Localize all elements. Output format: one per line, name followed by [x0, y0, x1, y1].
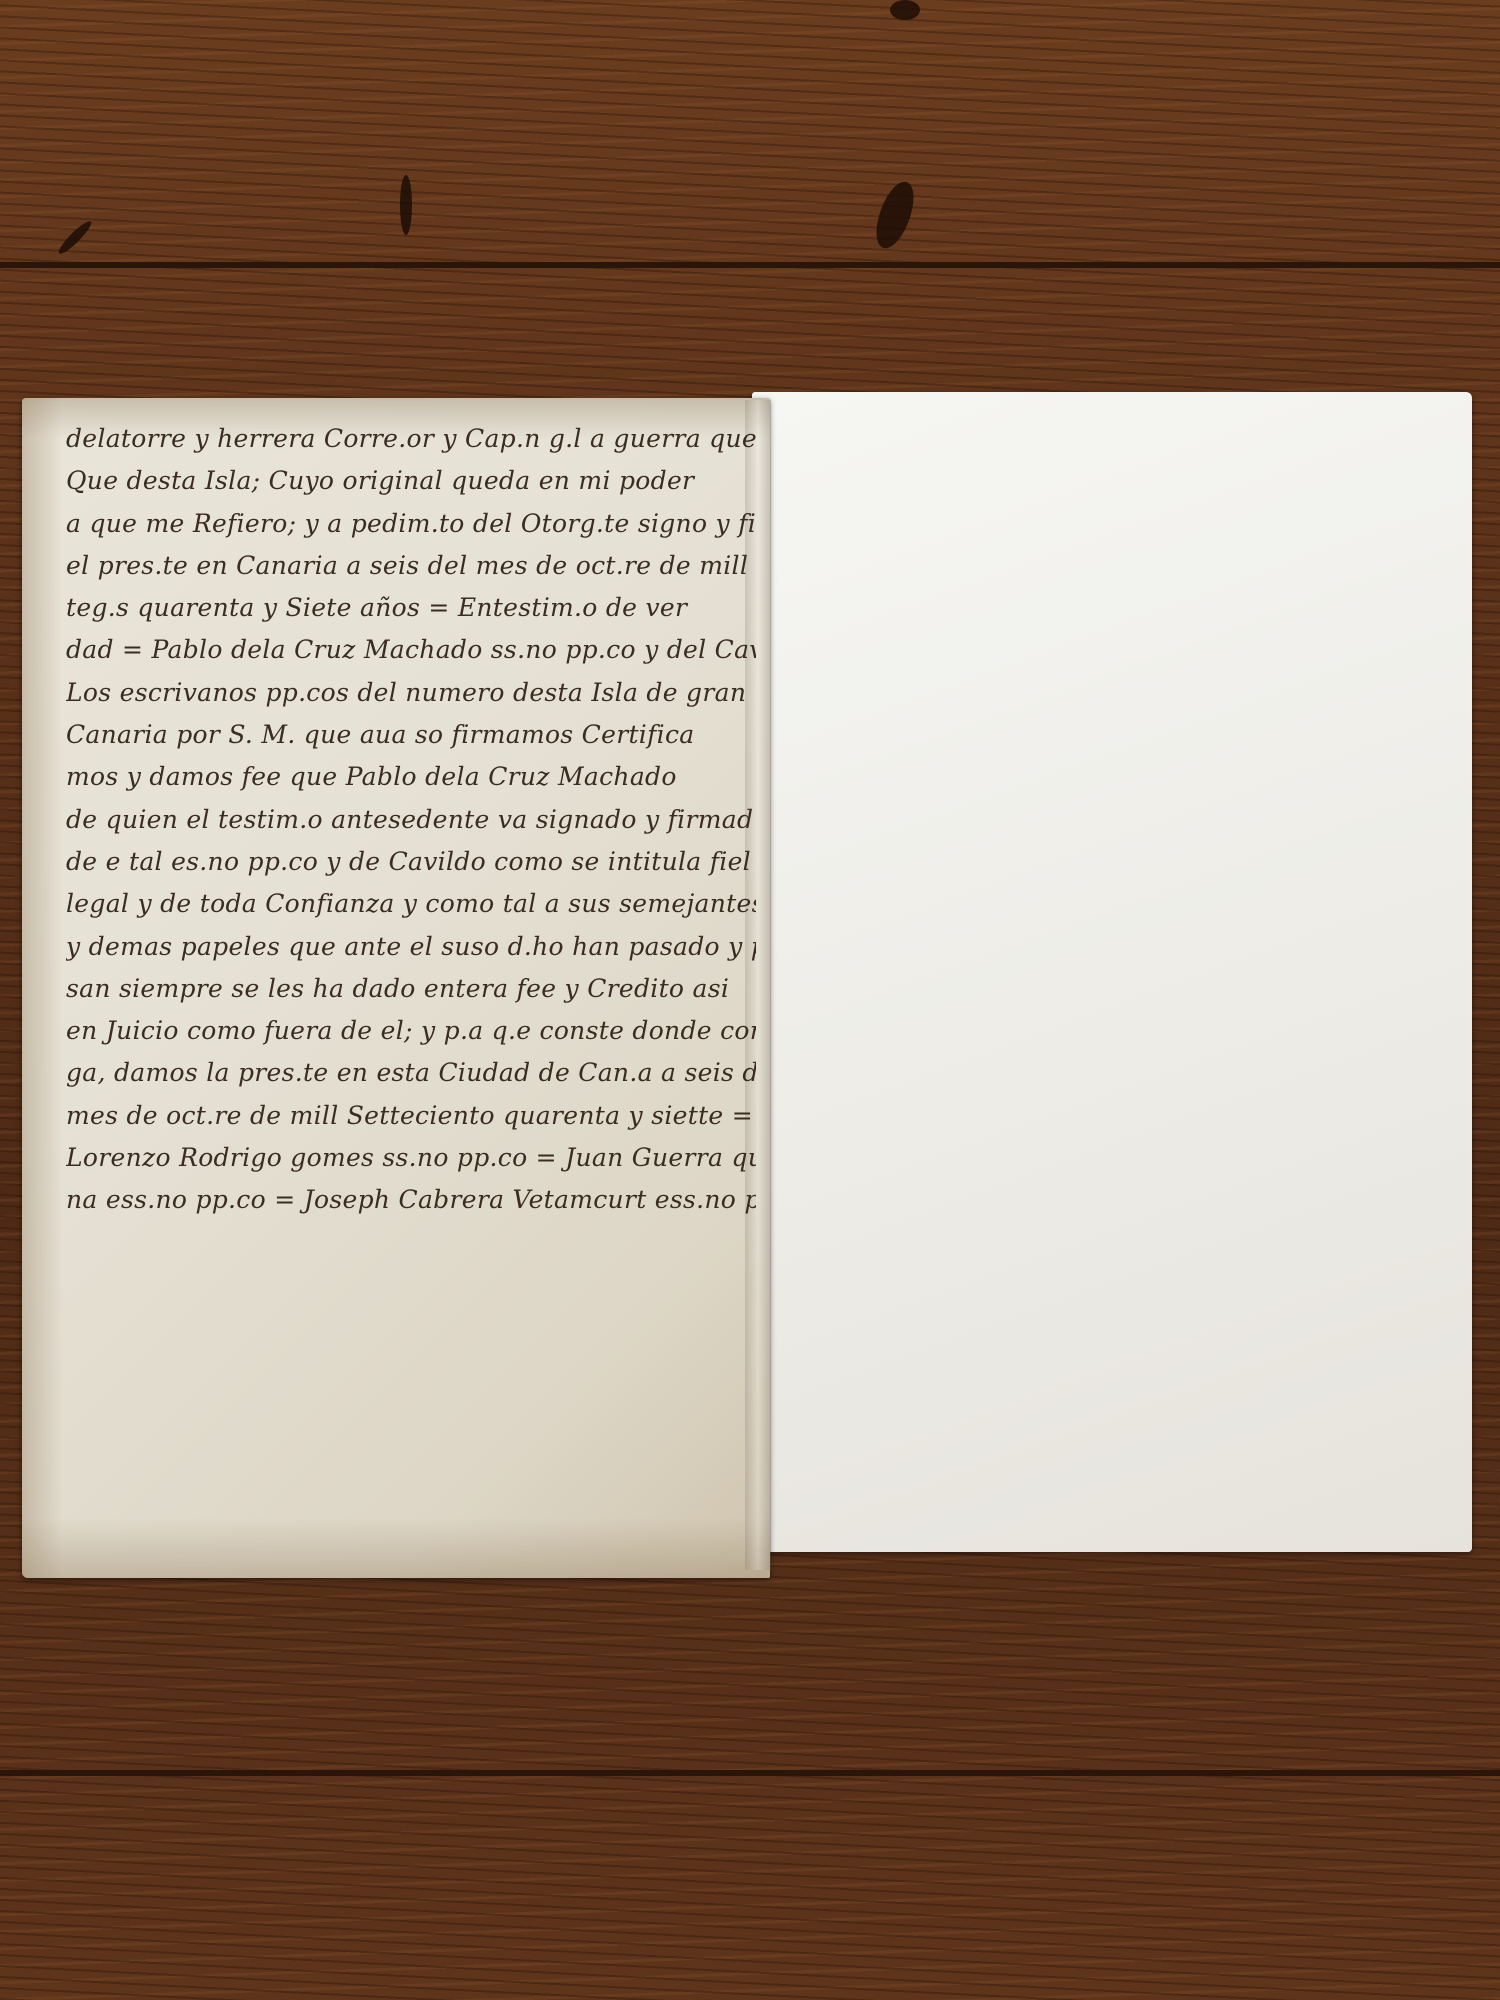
wood-knot: [869, 177, 921, 253]
manuscript-line: de e tal es.no pp.co y de Cavildo como s…: [66, 841, 756, 883]
manuscript-line: a que me Refiero; y a pedim.to del Otorg…: [66, 503, 756, 545]
manuscript-line: Los escrivanos pp.cos del numero desta I…: [66, 672, 756, 714]
manuscript-line: dad = Pablo dela Cruz Machado ss.no pp.c…: [66, 629, 756, 671]
manuscript-line: san siempre se les ha dado entera fee y …: [66, 968, 756, 1010]
right-page-blank: [752, 392, 1472, 1552]
manuscript-line: mes de oct.re de mill Setteciento quaren…: [66, 1095, 756, 1137]
manuscript-line: en Juicio como fuera de el; y p.a q.e co…: [66, 1010, 756, 1052]
manuscript-text: delatorre y herrera Corre.or y Cap.n g.l…: [66, 418, 756, 1222]
manuscript-line: delatorre y herrera Corre.or y Cap.n g.l…: [66, 418, 756, 460]
manuscript-line: Que desta Isla; Cuyo original queda en m…: [66, 460, 756, 502]
manuscript-line: el pres.te en Canaria a seis del mes de …: [66, 545, 756, 587]
manuscript-line: legal y de toda Confianza y como tal a s…: [66, 883, 756, 925]
manuscript-line: de quien el testim.o antesedente va sign…: [66, 799, 756, 841]
manuscript-line: y demas papeles que ante el suso d.ho ha…: [66, 926, 756, 968]
manuscript-line: Lorenzo Rodrigo gomes ss.no pp.co = Juan…: [66, 1137, 756, 1179]
manuscript-line: teg.s quarenta y Siete años = Entestim.o…: [66, 587, 756, 629]
manuscript-line: Canaria por S. M. que aua so firmamos Ce…: [66, 714, 756, 756]
manuscript-line: na ess.no pp.co = Joseph Cabrera Vetamcu…: [66, 1179, 756, 1221]
manuscript-line: mos y damos fee que Pablo dela Cruz Mach…: [66, 756, 756, 798]
manuscript-line: ga, damos la pres.te en esta Ciudad de C…: [66, 1052, 756, 1094]
wood-knot: [400, 175, 412, 235]
wood-knot: [890, 0, 920, 20]
wood-knot: [56, 218, 95, 257]
